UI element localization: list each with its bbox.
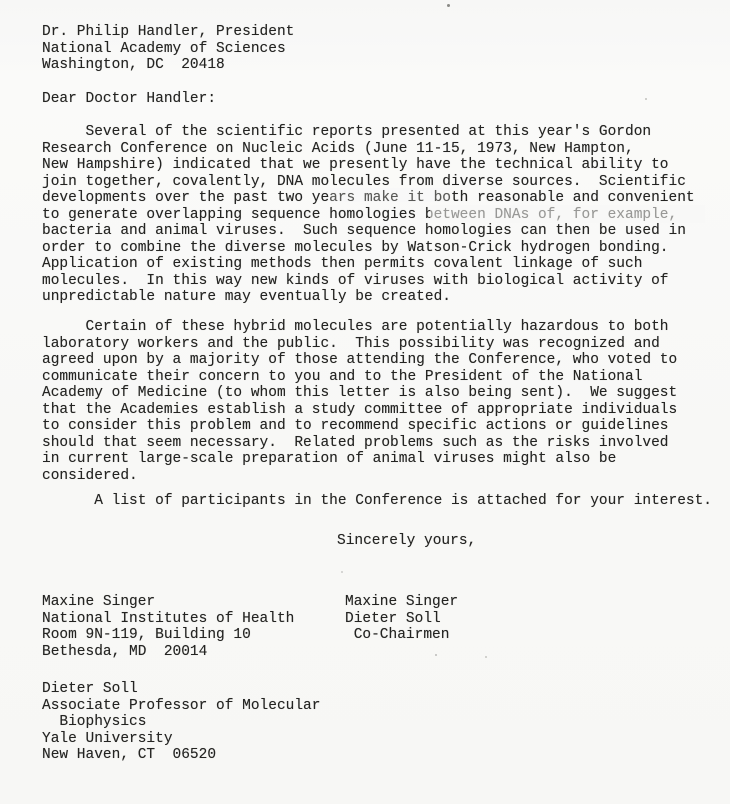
- scanned-letter-page: Dr. Philip Handler, President National A…: [0, 0, 730, 804]
- salutation: Dear Doctor Handler:: [42, 91, 216, 108]
- body-paragraph-1: Several of the scientific reports presen…: [42, 124, 695, 306]
- scan-speck: [485, 656, 487, 658]
- sender-address-block: Dieter Soll Associate Professor of Molec…: [42, 681, 320, 764]
- signature-right-column: Maxine Singer Dieter Soll Co-Chairmen: [345, 594, 458, 644]
- scan-speck: [435, 654, 437, 656]
- scan-speck: [645, 98, 647, 100]
- closing-line: Sincerely yours,: [337, 533, 476, 550]
- signature-left-column: Maxine Singer National Institutes of Hea…: [42, 594, 294, 660]
- body-paragraph-3: A list of participants in the Conference…: [42, 493, 712, 510]
- scan-speck: [341, 571, 343, 573]
- body-paragraph-2: Certain of these hybrid molecules are po…: [42, 319, 677, 484]
- scan-speck: [447, 4, 450, 7]
- recipient-address-block: Dr. Philip Handler, President National A…: [42, 24, 294, 74]
